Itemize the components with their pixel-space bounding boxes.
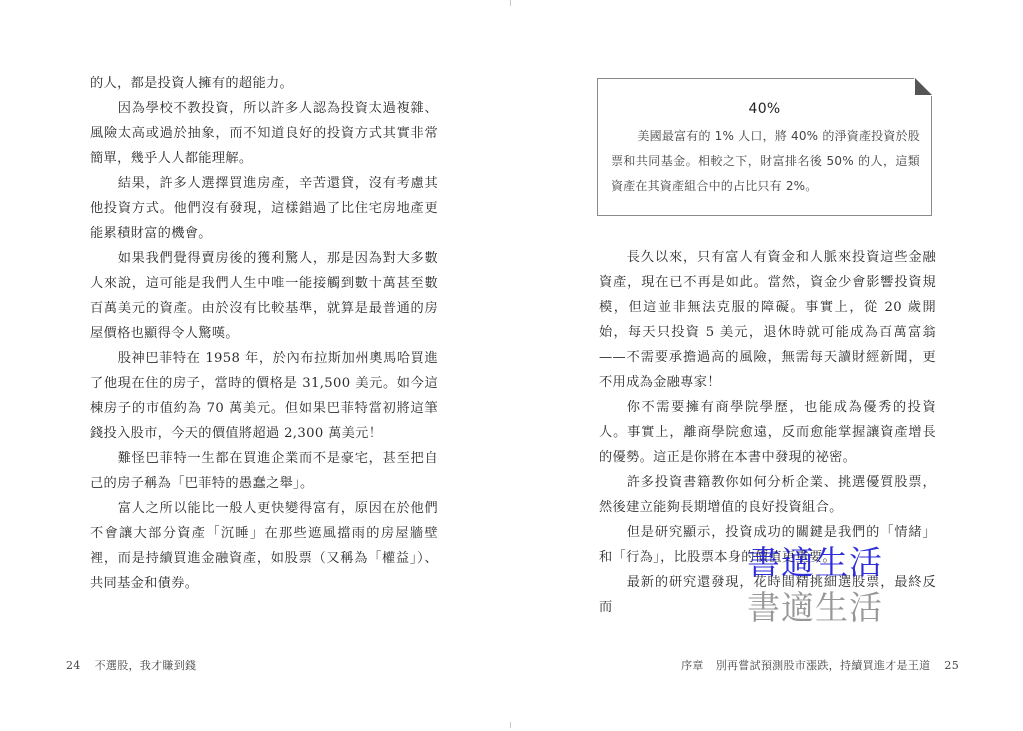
paragraph: 難怪巴菲特一生都在買進企業而不是豪宅，甚至把自己的房子稱為「巴菲特的愚蠢之舉」。 [90,446,438,496]
paragraph: 的人，都是投資人擁有的超能力。 [90,71,438,96]
callout-text: 美國最富有的 1% 人口，將 40% 的淨資產投資於股票和共同基金。相較之下，財… [611,124,920,199]
paragraph: 長久以來，只有富人有資金和人脈來投資這些金融資產，現在已不再是如此。當然，資金少… [599,245,936,395]
page-number: 25 [944,659,959,672]
callout-title: 40% [598,101,931,117]
paragraph: 股神巴菲特在 1958 年，於內布拉斯加州奧馬哈買進了他現在住的房子，當時的價格… [90,346,438,446]
callout-body: 美國最富有的 1% 人口，將 40% 的淨資產投資於股票和共同基金。相較之下，財… [611,124,920,199]
running-head-book-title: 不選股，我才賺到錢 [95,659,197,672]
paragraph: 最新的研究還發現，花時間精挑細選股票，最終反而 [599,570,936,620]
paragraph: 如果我們覺得賣房後的獲利驚人，那是因為對大多數人來說，這可能是我們人生中唯一能接… [90,246,438,346]
paragraph: 你不需要擁有商學院學歷，也能成為優秀的投資人。事實上，離商學院愈遠，反而愈能掌握… [599,395,936,470]
left-page-footer: 24不選股，我才賺到錢 [66,657,196,673]
folded-corner-icon [914,77,933,96]
book-spread: 的人，都是投資人擁有的超能力。 因為學校不教投資，所以許多人認為投資太過複雜、風… [0,0,1023,731]
left-page-body: 的人，都是投資人擁有的超能力。 因為學校不教投資，所以許多人認為投資太過複雜、風… [90,71,438,596]
paragraph: 富人之所以能比一般人更快變得富有，原因在於他們不會讓大部分資產「沉睡」在那些遮風… [90,496,438,596]
page-number: 24 [66,659,81,672]
paragraph: 結果，許多人選擇買進房產，辛苦還貸，沒有考慮其他投資方式。他們沒有發現，這樣錯過… [90,171,438,246]
right-page-footer: 序章別再嘗試預測股市漲跌，持續買進才是王道25 [681,657,959,673]
left-page: 的人，都是投資人擁有的超能力。 因為學校不教投資，所以許多人認為投資太過複雜、風… [0,0,511,731]
paragraph: 因為學校不教投資，所以許多人認為投資太過複雜、風險太高或過於抽象，而不知道良好的… [90,96,438,171]
paragraph: 但是研究顯示，投資成功的關鍵是我們的「情緒」和「行為」，比股票本身的價值更重要。 [599,520,936,570]
running-head-chapter-title: 別再嘗試預測股市漲跌，持續買進才是王道 [716,659,931,672]
running-head-chapter: 序章 [681,659,704,672]
right-page-body: 長久以來，只有富人有資金和人脈來投資這些金融資產，現在已不再是如此。當然，資金少… [599,245,936,620]
paragraph: 許多投資書籍教你如何分析企業、挑選優質股票，然後建立能夠長期增值的良好投資組合。 [599,470,936,520]
stat-callout-box: 40% 美國最富有的 1% 人口，將 40% 的淨資產投資於股票和共同基金。相較… [597,78,932,216]
